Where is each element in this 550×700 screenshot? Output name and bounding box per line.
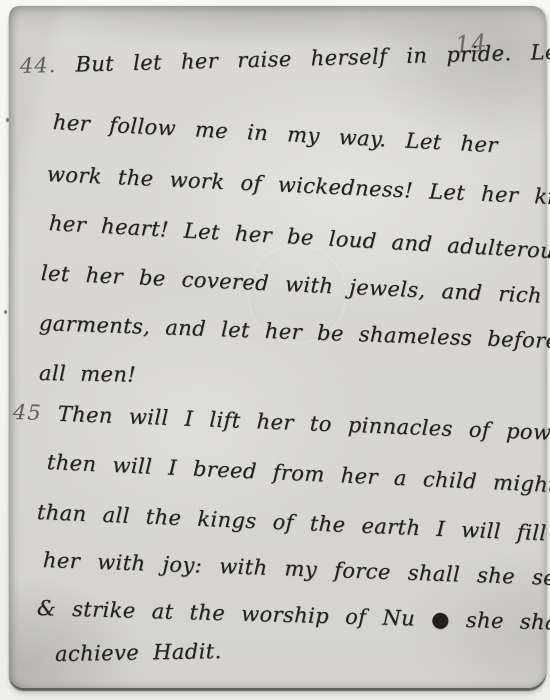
manuscript-line: than all the kings of the earth I will f… [36, 500, 546, 545]
manuscript-line-text: then will I breed from her a child might… [46, 450, 550, 499]
manuscript-line-text: work the work of wickedness! Let her kil… [46, 162, 550, 210]
manuscript-line: then will I breed from her a child might… [46, 450, 550, 499]
manuscript-line: & strike at the worship of Nu ● she shal… [37, 596, 550, 635]
manuscript-line-text: But let her raise herself in pride. Let [75, 40, 550, 77]
paper-speck [4, 310, 7, 314]
manuscript-line-text: achieve Hadit. [55, 639, 222, 666]
manuscript-line: achieve Hadit. [55, 639, 222, 666]
paper-speck [6, 118, 9, 122]
verse-number: 44. [20, 53, 57, 78]
manuscript-line: all men! [39, 361, 137, 387]
manuscript-line-text: her follow me in my way. Let her [52, 110, 498, 157]
manuscript-line-text: Then will I lift her to pinnacles of pow… [57, 402, 550, 446]
manuscript-line: work the work of wickedness! Let her kil… [46, 162, 550, 210]
manuscript-line: her follow me in my way. Let her [52, 110, 498, 157]
manuscript-page: 14 44. But let her raise herself in prid… [9, 6, 546, 688]
scanned-page-photo: 14 44. But let her raise herself in prid… [0, 0, 550, 700]
manuscript-line-text: all men! [39, 361, 137, 387]
manuscript-line: 44. But let her raise herself in pride. … [20, 40, 550, 78]
manuscript-line: 45 Then will I lift her to pinnacles of … [13, 400, 550, 446]
manuscript-line: her with joy: with my force shall she se… [43, 548, 550, 590]
verse-number: 45 [13, 400, 43, 425]
manuscript-line-text: than all the kings of the earth I will f… [36, 500, 546, 545]
manuscript-line-text: her with joy: with my force shall she se… [43, 548, 550, 590]
manuscript-line-text: & strike at the worship of Nu ● she shal… [37, 596, 550, 635]
